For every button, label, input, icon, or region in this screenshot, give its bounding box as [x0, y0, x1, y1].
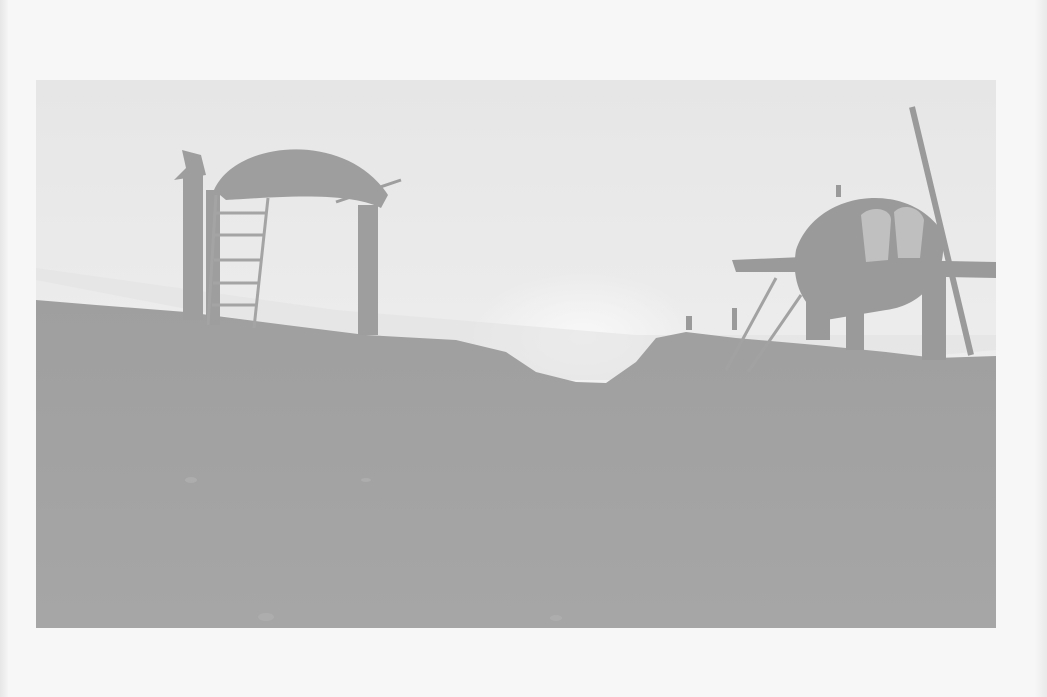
scan-edge-left [0, 0, 8, 697]
scan-edge-right [1035, 0, 1047, 697]
photograph [36, 80, 996, 628]
photo-scene [36, 80, 996, 628]
